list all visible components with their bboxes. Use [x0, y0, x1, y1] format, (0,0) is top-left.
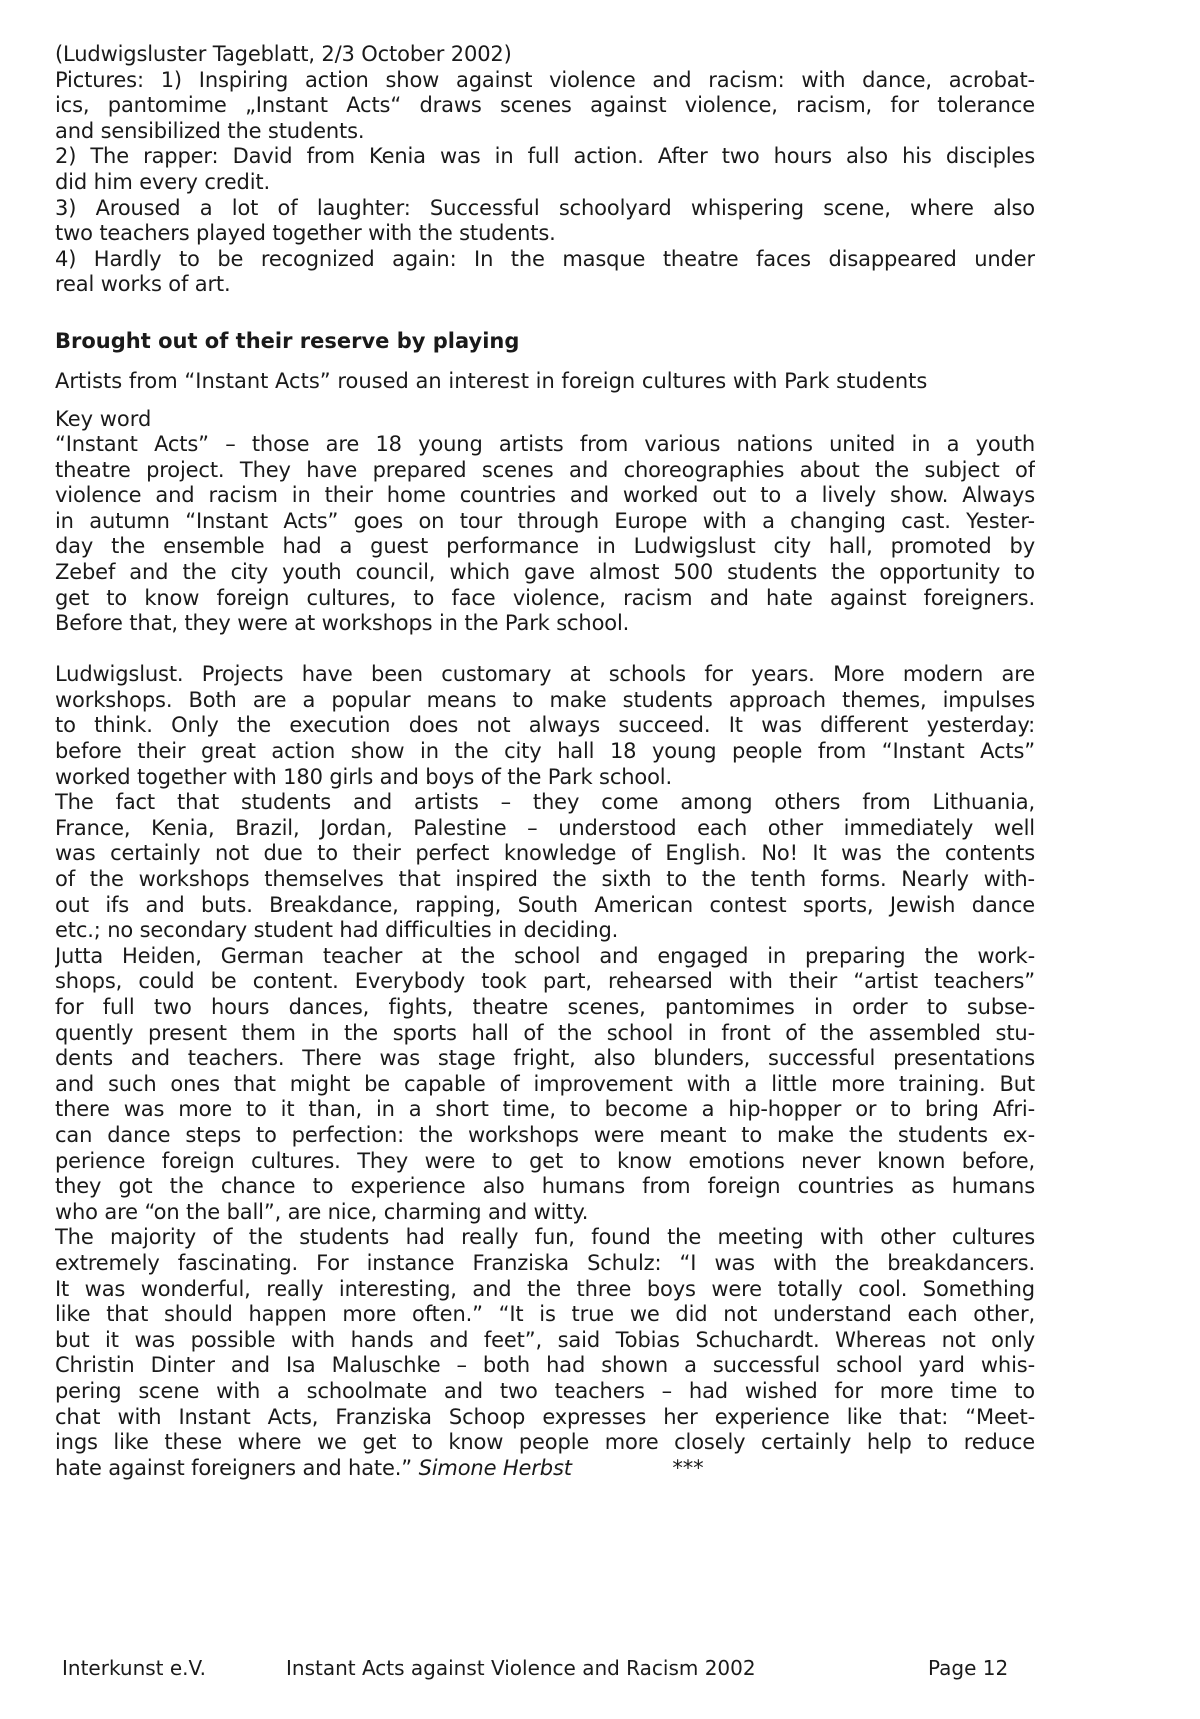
body-line: Ludwigslust. Projects have been customar… — [55, 662, 1035, 688]
body-line: workshops. Both are a popular means to m… — [55, 688, 1035, 714]
caption-line: 3) Aroused a lot of laughter: Successful… — [55, 196, 1035, 222]
body-line: It was wonderful, really interesting, an… — [55, 1277, 1035, 1303]
keyword-line: in autumn “Instant Acts” goes on tour th… — [55, 509, 1035, 535]
body-line: chat with Instant Acts, Franziska Schoop… — [55, 1405, 1035, 1431]
body-line: pering scene with a schoolmate and two t… — [55, 1379, 1035, 1405]
caption-line: 4) Hardly to be recognized again: In the… — [55, 247, 1035, 273]
caption-line: two teachers played together with the st… — [55, 221, 1035, 247]
keyword-line: “Instant Acts” – those are 18 young arti… — [55, 432, 1035, 458]
body-line: was certainly not due to their perfect k… — [55, 841, 1035, 867]
body-line: extremely fascinating. For instance Fran… — [55, 1251, 1035, 1277]
body-line: shops, could be content. Everybody took … — [55, 969, 1035, 995]
body-line: perience foreign cultures. They were to … — [55, 1149, 1035, 1175]
body-line: The fact that students and artists – the… — [55, 790, 1035, 816]
footer-title: Instant Acts against Violence and Racism… — [286, 1655, 756, 1681]
article-paragraph-3: Jutta Heiden, German teacher at the scho… — [55, 944, 1035, 1226]
body-line: ings like these where we get to know peo… — [55, 1430, 1035, 1456]
author-signature: Simone Herbst — [419, 1456, 572, 1480]
keyword-line: violence and racism in their home countr… — [55, 483, 1035, 509]
body-line: worked together with 180 girls and boys … — [55, 765, 1035, 791]
body-line: to think. Only the execution does not al… — [55, 713, 1035, 739]
caption-line: Pictures: 1) Inspiring action show again… — [55, 68, 1035, 94]
keyword-line: Before that, they were at workshops in t… — [55, 611, 1035, 637]
closing-line: hate against foreigners and hate.” Simon… — [55, 1456, 1035, 1482]
body-line: quently present them in the sports hall … — [55, 1021, 1035, 1047]
body-line: Christin Dinter and Isa Maluschke – both… — [55, 1353, 1035, 1379]
picture-captions: Pictures: 1) Inspiring action show again… — [55, 68, 1035, 298]
body-line: out ifs and buts. Breakdance, rapping, S… — [55, 893, 1035, 919]
closing-text: hate against foreigners and hate.” — [55, 1456, 412, 1480]
body-line: who are “on the ball”, are nice, charmin… — [55, 1200, 1035, 1226]
body-line: Jutta Heiden, German teacher at the scho… — [55, 944, 1035, 970]
body-line: for full two hours dances, fights, theat… — [55, 995, 1035, 1021]
body-line: etc.; no secondary student had difficult… — [55, 918, 1035, 944]
keyword-line: Zebef and the city youth council, which … — [55, 560, 1035, 586]
body-line: of the workshops themselves that inspire… — [55, 867, 1035, 893]
article-paragraph-2: The fact that students and artists – the… — [55, 790, 1035, 944]
source-line: (Ludwigsluster Tageblatt, 2/3 October 20… — [55, 42, 1035, 68]
document-page: (Ludwigsluster Tageblatt, 2/3 October 20… — [55, 42, 1035, 1481]
footer-organization: Interkunst e.V. — [62, 1655, 206, 1681]
footer-page-number: Page 12 — [928, 1655, 1008, 1681]
body-line: there was more to it than, in a short ti… — [55, 1097, 1035, 1123]
keyword-label: Key word — [55, 406, 1035, 432]
end-mark: *** — [672, 1456, 703, 1482]
body-line: before their great action show in the ci… — [55, 739, 1035, 765]
body-line: can dance steps to perfection: the works… — [55, 1123, 1035, 1149]
article-subheadline: Artists from “Instant Acts” roused an in… — [55, 368, 1035, 394]
article-paragraph-1: Ludwigslust. Projects have been customar… — [55, 662, 1035, 790]
caption-line: 2) The rapper: David from Kenia was in f… — [55, 144, 1035, 170]
body-line: dents and teachers. There was stage frig… — [55, 1046, 1035, 1072]
page-footer: Interkunst e.V. Instant Acts against Vio… — [62, 1655, 1022, 1681]
caption-line: did him every credit. — [55, 170, 1035, 196]
keyword-box: “Instant Acts” – those are 18 young arti… — [55, 432, 1035, 637]
keyword-line: theatre project. They have prepared scen… — [55, 458, 1035, 484]
keyword-line: day the ensemble had a guest performance… — [55, 534, 1035, 560]
article-headline: Brought out of their reserve by playing — [55, 328, 1035, 354]
body-line: but it was possible with hands and feet”… — [55, 1328, 1035, 1354]
body-line: The majority of the students had really … — [55, 1225, 1035, 1251]
body-line: France, Kenia, Brazil, Jordan, Palestine… — [55, 816, 1035, 842]
article-paragraph-4: The majority of the students had really … — [55, 1225, 1035, 1481]
body-line: and such ones that might be capable of i… — [55, 1072, 1035, 1098]
keyword-line: get to know foreign cultures, to face vi… — [55, 586, 1035, 612]
caption-line: and sensibilized the students. — [55, 119, 1035, 145]
body-line: like that should happen more often.” “It… — [55, 1302, 1035, 1328]
caption-line: ics, pantomime „Instant Acts“ draws scen… — [55, 93, 1035, 119]
body-line: they got the chance to experience also h… — [55, 1174, 1035, 1200]
caption-line: real works of art. — [55, 272, 1035, 298]
